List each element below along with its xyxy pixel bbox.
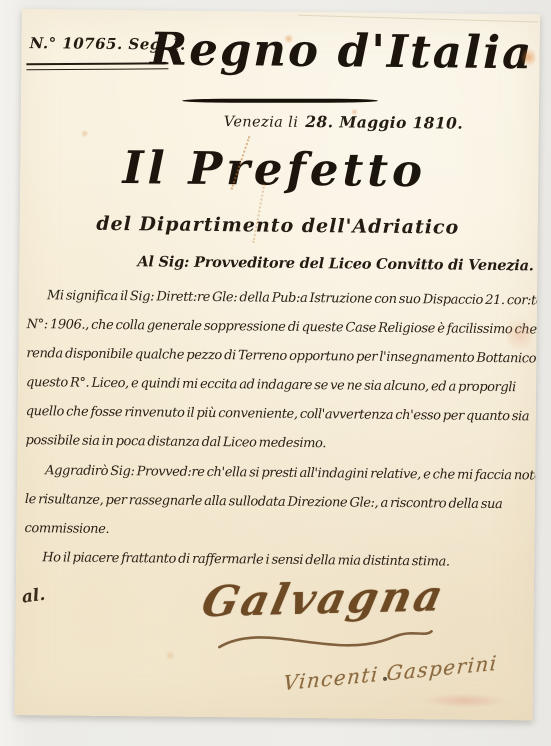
foxing-stain — [425, 693, 505, 708]
dateline-place: Venezia li — [224, 114, 299, 131]
document-page: N.° 10765. Seg: I. Regno d'Italia Venezi… — [15, 9, 540, 720]
closing-line: Ho il piacere frattanto di raffermarle i… — [42, 550, 450, 569]
foxing-stain — [81, 130, 89, 138]
signature-prefect: Galvagna — [188, 571, 459, 627]
office-title: Il Prefetto — [62, 140, 487, 197]
foxing-stain — [165, 651, 175, 661]
dateline: Venezia li28. Maggio 1810. — [224, 111, 463, 133]
flourish-rule — [182, 99, 378, 103]
paragraph-2: Aggradirò Sig: Provved:re ch'ella si pre… — [24, 456, 527, 548]
signature-flourish — [215, 625, 435, 661]
body-line: possibile sia in poca distanza dal Liceo… — [25, 426, 527, 460]
paragraph-1: Mi significa il Sig: Dirett:re Gle: dell… — [25, 281, 529, 460]
scan-background: { "header": { "reference": "N.° 10765. S… — [0, 0, 551, 746]
letterhead-title: Regno d'Italia — [139, 22, 540, 79]
body-line: commissione. — [24, 514, 526, 548]
office-subtitle: del Dipartimento dell'Adriatico — [66, 212, 490, 238]
salutation: Al Sig: Provveditore del Liceo Convitto … — [137, 253, 534, 274]
margin-paraph: al. — [21, 585, 47, 608]
dateline-date: 28. Maggio 1810. — [305, 112, 463, 133]
